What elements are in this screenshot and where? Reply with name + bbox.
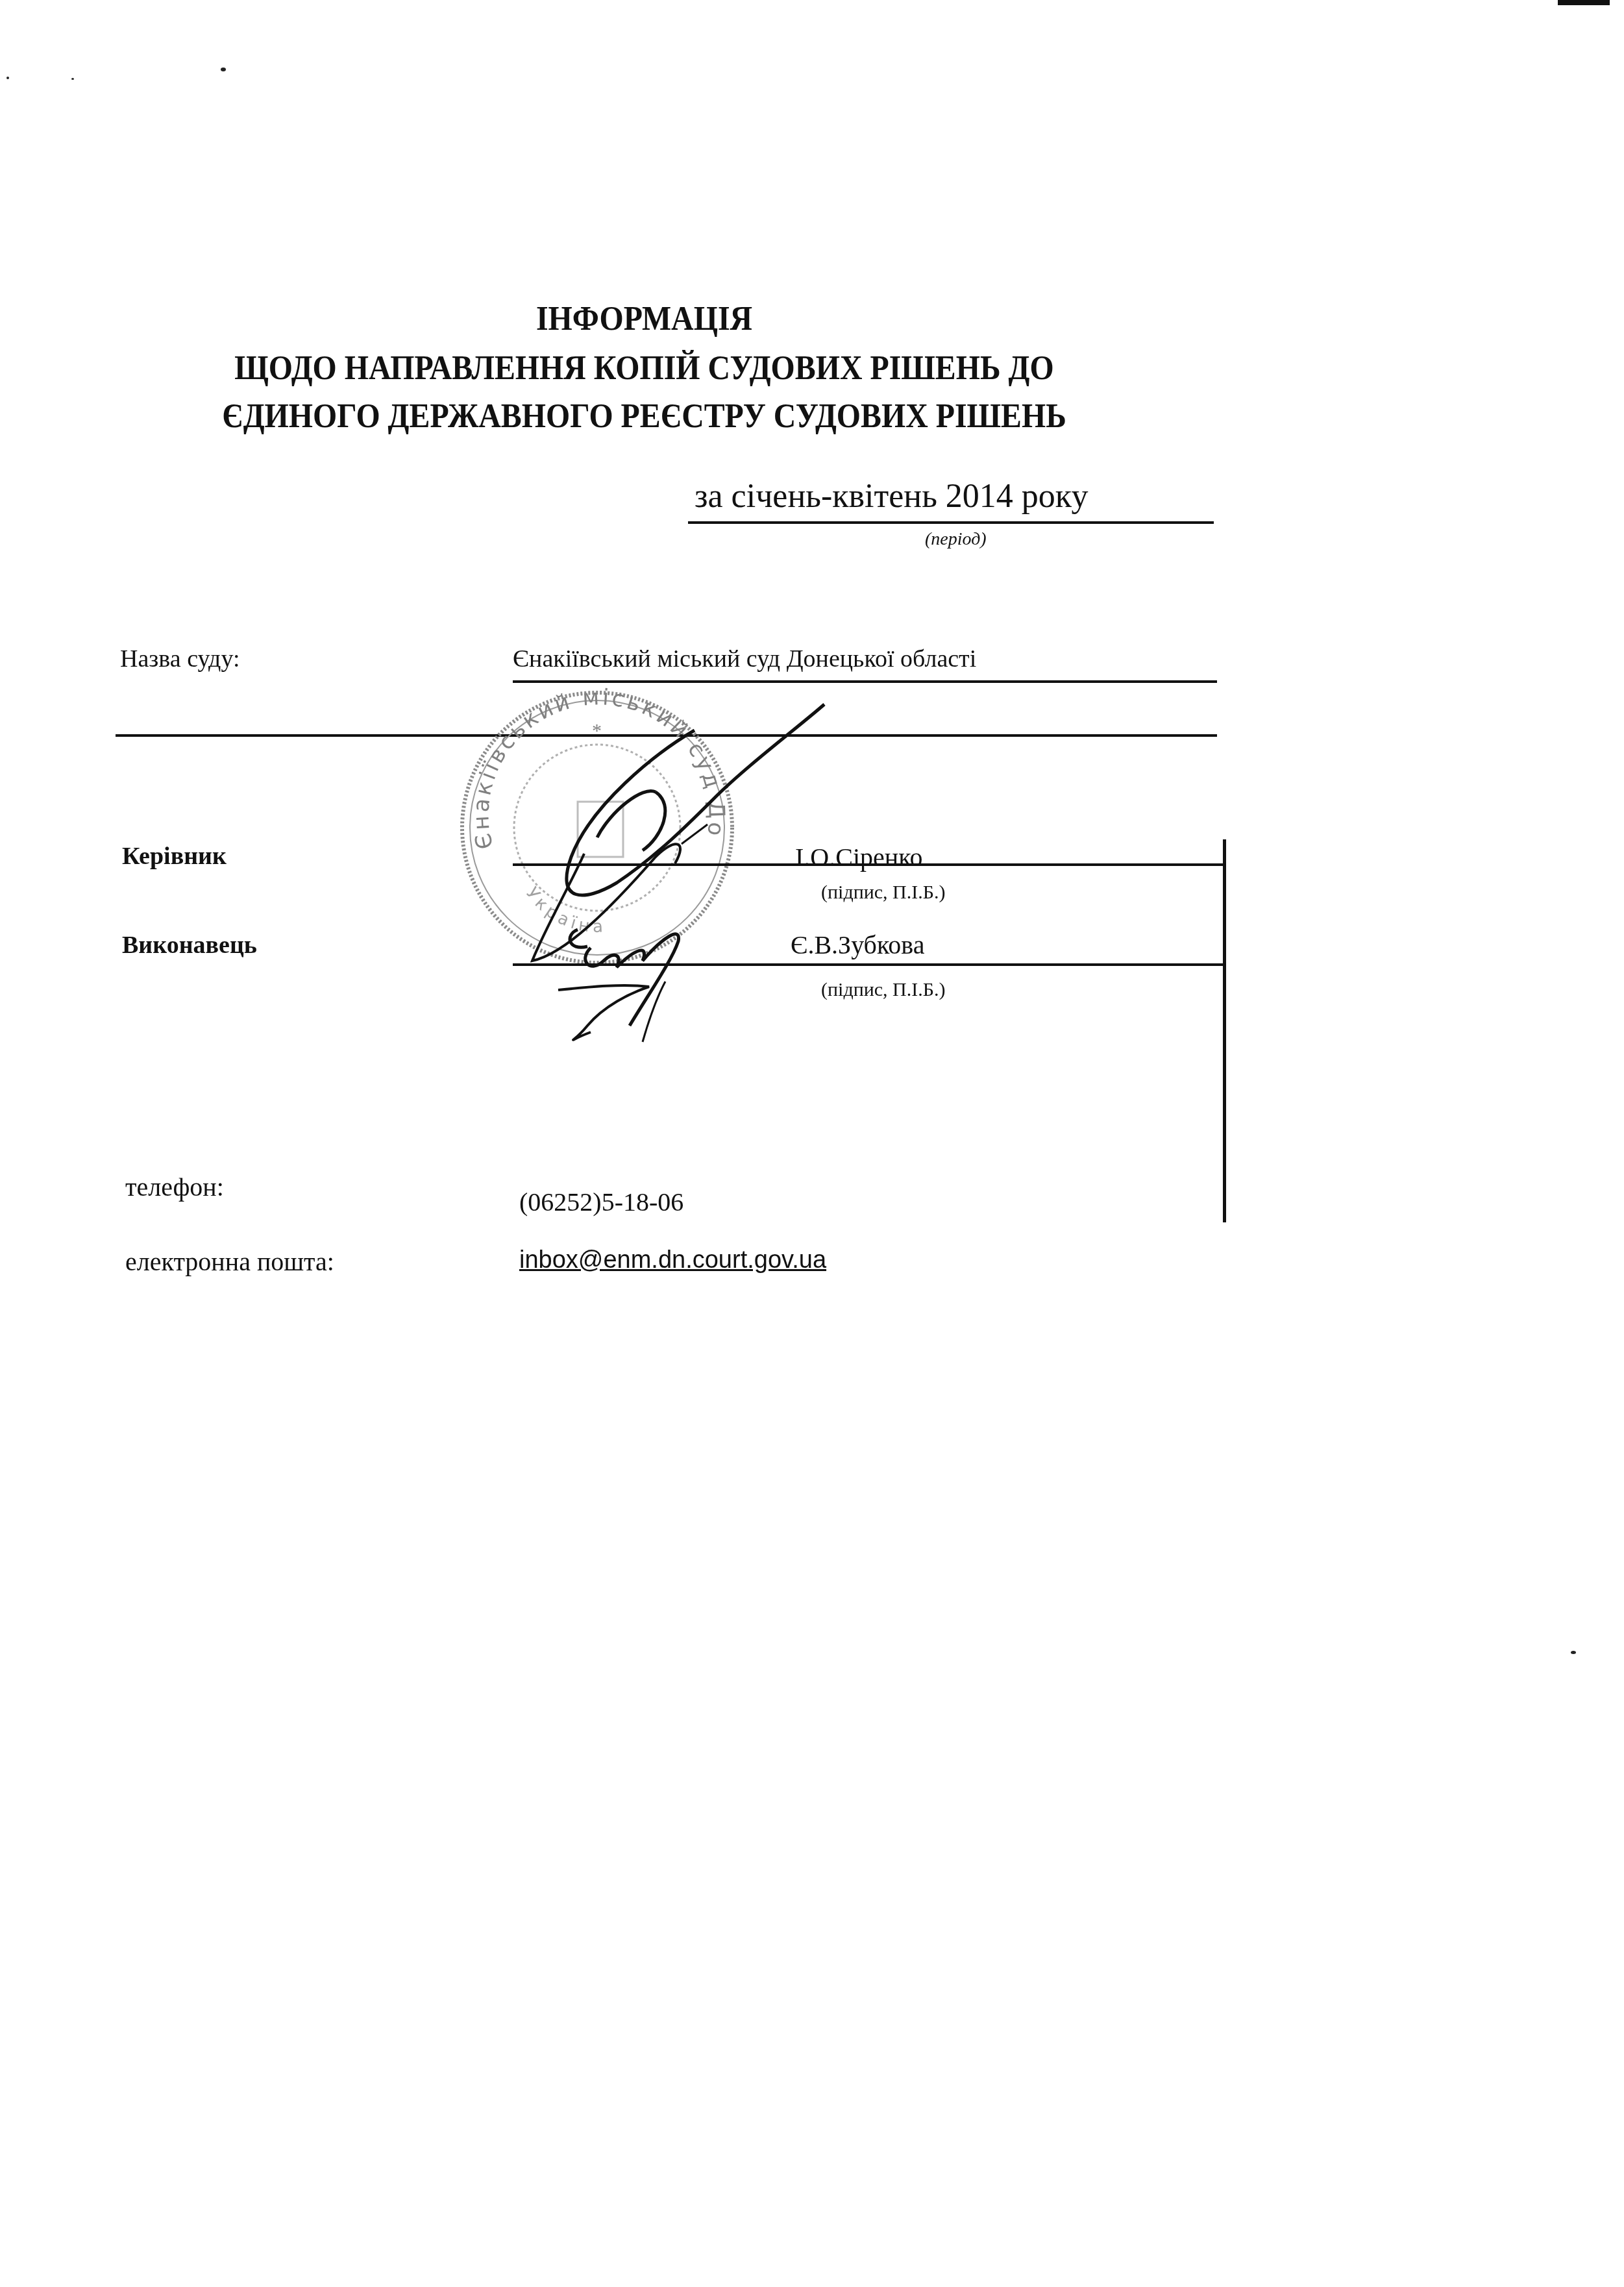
phone-value: (06252)5-18-06	[519, 1187, 683, 1217]
court-name: Єнакіївський міський суд Донецької облас…	[513, 645, 976, 673]
document-title-line-1: ІНФОРМАЦІЯ	[51, 300, 1236, 338]
scan-speck	[71, 78, 74, 80]
scan-speck	[1571, 1651, 1576, 1654]
court-label: Назва суду:	[120, 645, 240, 673]
scan-speck	[221, 68, 226, 71]
period-caption: (період)	[925, 529, 987, 550]
period-underline	[688, 521, 1214, 524]
phone-label: телефон:	[125, 1172, 224, 1202]
head-label: Керівник	[122, 842, 227, 871]
executor-name: Є.В.Зубкова	[791, 930, 924, 960]
head-name: І.О.Сіренко	[795, 842, 923, 872]
document-title-line-2: ЩОДО НАПРАВЛЕННЯ КОПІЙ СУДОВИХ РІШЕНЬ ДО	[51, 349, 1236, 388]
scan-speck	[6, 77, 9, 79]
period-value: за січень-квітень 2014 року	[695, 477, 1088, 515]
executor-signature-icon	[552, 922, 746, 1052]
executor-label: Виконавець	[122, 931, 257, 959]
email-label: електронна пошта:	[125, 1246, 334, 1277]
document-title-line-3: ЄДИНОГО ДЕРЖАВНОГО РЕЄСТРУ СУДОВИХ РІШЕН…	[51, 397, 1236, 436]
scan-edge-mark	[1558, 0, 1610, 5]
executor-signature-line	[513, 963, 1225, 966]
right-border-line	[1223, 839, 1226, 1222]
head-signature-caption: (підпис, П.І.Б.)	[821, 882, 945, 904]
executor-signature-caption: (підпис, П.І.Б.)	[821, 979, 945, 1001]
head-signature-line	[513, 863, 1225, 866]
email-link[interactable]: inbox@enm.dn.court.gov.ua	[519, 1246, 826, 1274]
